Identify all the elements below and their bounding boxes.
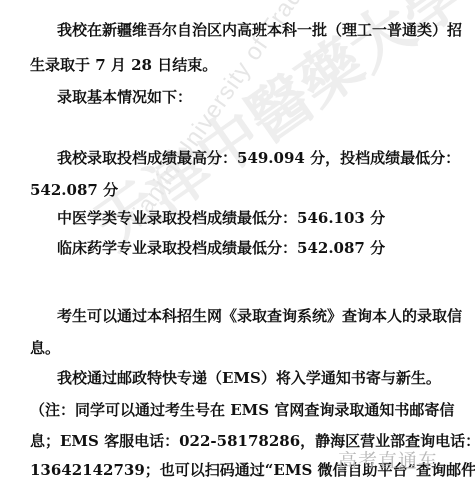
paragraph-score-range-line1: 我校录取投档成绩最高分：549.094 分，投档成绩最低分：	[57, 148, 460, 168]
paragraph-basic-info-heading: 录取基本情况如下：	[57, 87, 192, 107]
paragraph-note-line1: （注：同学可以通过考生号在 EMS 官网查询录取通知书邮寄信	[30, 400, 454, 420]
source-watermark: 高考直通车	[338, 446, 438, 473]
paragraph-tcm-min-score: 中医学类专业录取投档成绩最低分：546.103 分	[57, 208, 385, 228]
paragraph-query-system-line1: 考生可以通过本科招生网《录取查询系统》查询本人的录取信	[57, 306, 462, 326]
paragraph-query-system-line2: 息。	[30, 338, 60, 358]
paragraph-admission-end-line2: 生录取于 7 月 28 日结束。	[30, 55, 217, 75]
paragraph-score-range-line2: 542.087 分	[30, 180, 118, 200]
paragraph-admission-end-line1: 我校在新疆维吾尔自治区内高班本科一批（理工一普通类）招	[57, 20, 462, 40]
paragraph-ems-notice: 我校通过邮政特快专递（EMS）将入学通知书寄与新生。	[57, 368, 441, 388]
paragraph-clinical-pharmacy-min-score: 临床药学专业录取投档成绩最低分：542.087 分	[57, 238, 385, 258]
